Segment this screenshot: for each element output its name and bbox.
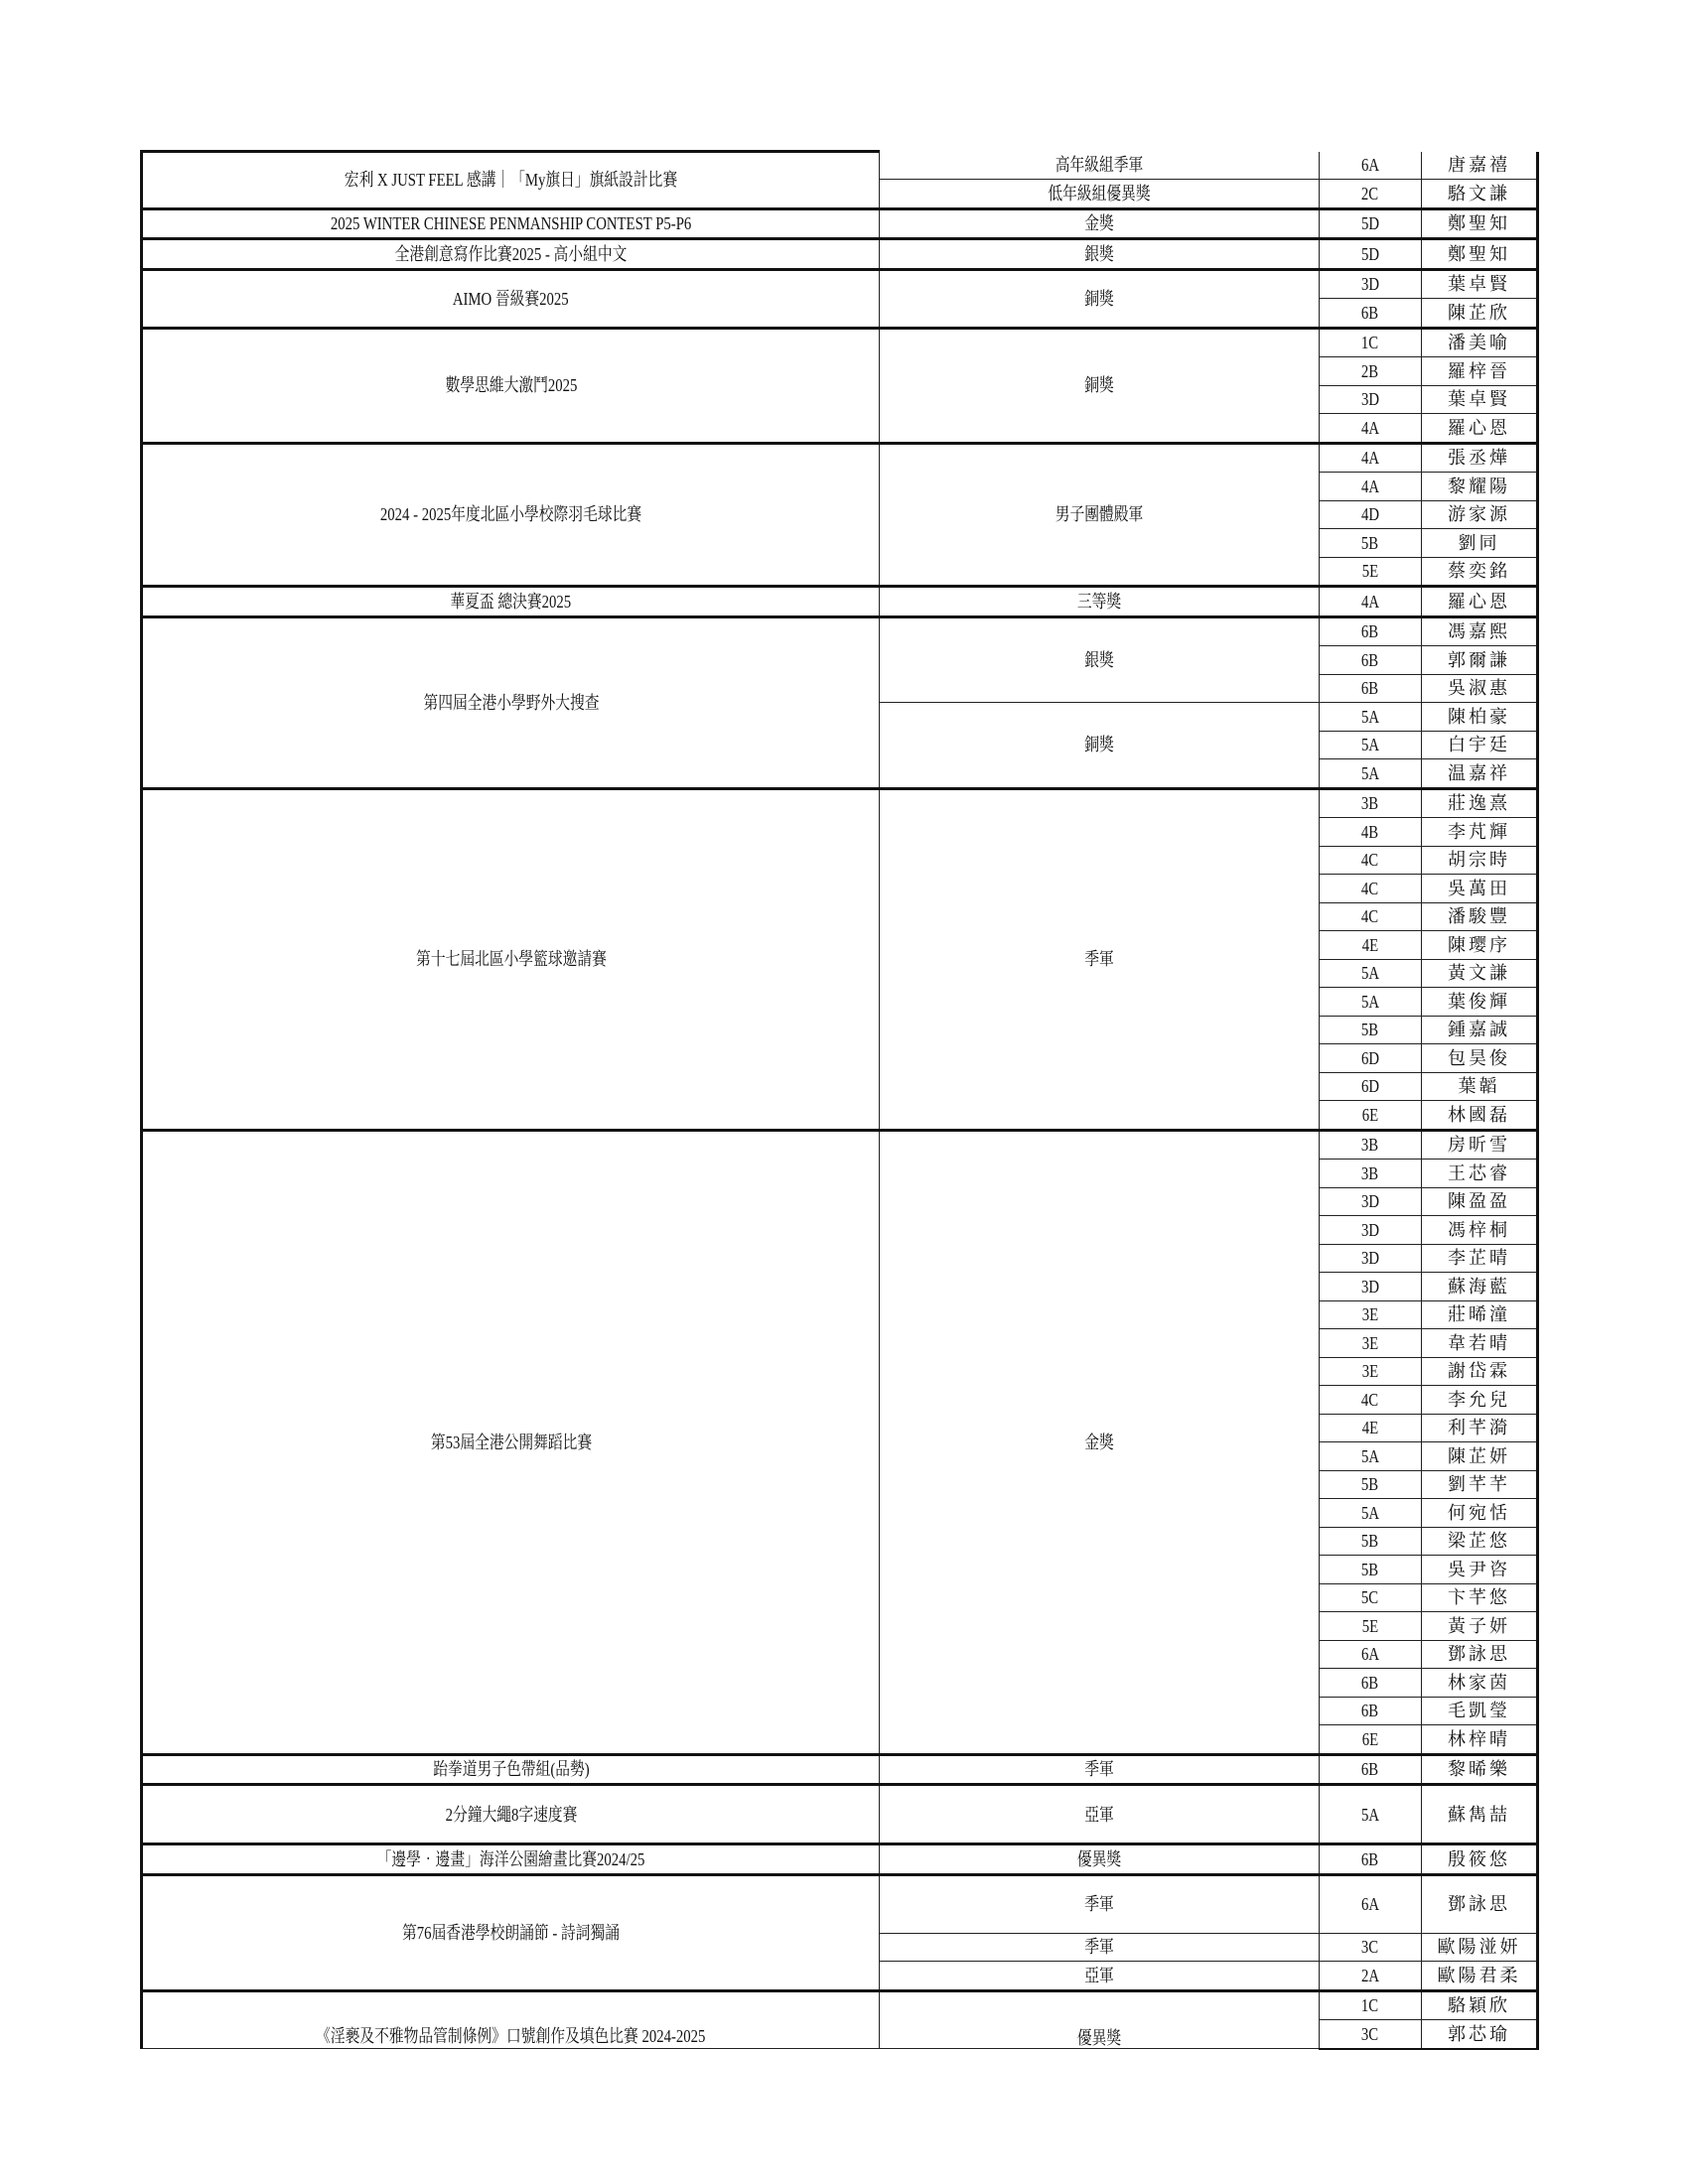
student-class: 5A — [1320, 1785, 1422, 1844]
student-name: 李芷晴 — [1422, 1244, 1538, 1273]
student-name: 張丞燁 — [1422, 443, 1538, 473]
student-class: 5A — [1320, 988, 1422, 1017]
competition-name: 2025 WINTER CHINESE PENMANSHIP CONTEST P… — [331, 213, 691, 233]
student-class-text: 6A — [1361, 1894, 1379, 1914]
student-class: 3E — [1320, 1329, 1422, 1358]
student-class: 6B — [1320, 616, 1422, 646]
student-name: 陳璎序 — [1422, 931, 1538, 960]
student-class-text: 5B — [1361, 1531, 1378, 1551]
competition-name: 第十七屆北區小學籃球邀請賽 — [416, 949, 607, 969]
competition-name-cell: AIMO 晉級賽2025 — [142, 269, 880, 328]
student-name: 李芃輝 — [1422, 818, 1538, 847]
student-name: 王芯睿 — [1422, 1160, 1538, 1188]
table-row: 第十七屆北區小學籃球邀請賽季軍3B莊逸熹 — [142, 788, 1538, 818]
student-name: 葉韜 — [1422, 1072, 1538, 1101]
table-row: 第53屆全港公開舞蹈比賽金獎3B房昕雪 — [142, 1130, 1538, 1160]
student-name: 莊晞潼 — [1422, 1300, 1538, 1329]
student-class-text: 5A — [1361, 1805, 1379, 1825]
student-class-text: 2C — [1361, 184, 1378, 204]
student-class: 4C — [1320, 846, 1422, 875]
student-class: 4C — [1320, 875, 1422, 903]
student-class: 2B — [1320, 357, 1422, 386]
student-class: 3E — [1320, 1300, 1422, 1329]
student-class: 1C — [1320, 1990, 1422, 2020]
award-cell: 銅獎 — [880, 328, 1320, 443]
student-name: 潘美喻 — [1422, 328, 1538, 357]
student-class: 5B — [1320, 1470, 1422, 1499]
student-class-text: 5D — [1361, 244, 1379, 264]
student-class-text: 2B — [1361, 361, 1378, 381]
award-label: 金獎 — [1084, 213, 1114, 233]
student-class: 4A — [1320, 587, 1422, 617]
table-row: 2024 - 2025年度北區小學校際羽毛球比賽男子團體殿軍4A張丞燁 — [142, 443, 1538, 473]
student-class: 6D — [1320, 1044, 1422, 1073]
student-name: 林家茵 — [1422, 1669, 1538, 1698]
student-class: 6A — [1320, 1640, 1422, 1669]
student-name: 鄭聖知 — [1422, 239, 1538, 270]
student-class-text: 5B — [1361, 1020, 1378, 1039]
student-name: 馮梓桐 — [1422, 1216, 1538, 1245]
student-class-text: 4C — [1361, 1390, 1378, 1410]
competition-name: 2024 - 2025年度北區小學校際羽毛球比賽 — [380, 504, 641, 524]
award-cell: 銅獎 — [880, 269, 1320, 328]
student-name: 利芊漪 — [1422, 1414, 1538, 1442]
student-class: 3D — [1320, 1244, 1422, 1273]
award-label: 亞軍 — [1084, 1805, 1114, 1825]
award-label: 男子團體殿軍 — [1055, 504, 1144, 524]
award-cell: 銅獎 — [880, 703, 1320, 789]
student-class: 5B — [1320, 529, 1422, 558]
student-class-text: 3D — [1361, 274, 1379, 294]
award-label: 季軍 — [1084, 1759, 1114, 1779]
student-class-text: 4A — [1361, 418, 1379, 438]
competition-name: 2分鐘大繩8字速度賽 — [445, 1805, 577, 1825]
student-class: 4E — [1320, 931, 1422, 960]
student-class: 5D — [1320, 208, 1422, 239]
student-name: 陳芷欣 — [1422, 299, 1538, 329]
award-cell: 銀獎 — [880, 616, 1320, 703]
student-name: 林國磊 — [1422, 1101, 1538, 1131]
student-class: 6B — [1320, 299, 1422, 329]
table-row: 宏利 X JUST FEEL 感講｜「My旗日」旗紙設計比賽高年級組季軍6A唐嘉… — [142, 152, 1538, 180]
student-class-text: 6B — [1361, 1759, 1378, 1779]
table-row: 數學思維大激鬥2025銅獎1C潘美喻 — [142, 328, 1538, 357]
student-class-text: 5B — [1361, 533, 1378, 553]
student-name: 胡宗時 — [1422, 846, 1538, 875]
student-class: 3C — [1320, 2020, 1422, 2049]
student-class-text: 4E — [1362, 1418, 1378, 1437]
award-cell: 金獎 — [880, 208, 1320, 239]
student-class: 5B — [1320, 1016, 1422, 1044]
award-label: 季軍 — [1084, 949, 1114, 969]
student-class: 4A — [1320, 443, 1422, 473]
student-name: 鄧詠思 — [1422, 1640, 1538, 1669]
award-label: 優異獎 — [1077, 1849, 1121, 1869]
table-row: AIMO 晉級賽2025銅獎3D葉卓賢 — [142, 269, 1538, 299]
table-row: 2分鐘大繩8字速度賽亞軍5A蘇雋喆 — [142, 1785, 1538, 1844]
competition-name-cell: 第76屆香港學校朗誦節 - 詩詞獨誦 — [142, 1874, 880, 1990]
award-label: 銀獎 — [1084, 650, 1114, 670]
award-cell: 優異獎 — [880, 1844, 1320, 1875]
competition-name-cell: 2025 WINTER CHINESE PENMANSHIP CONTEST P… — [142, 208, 880, 239]
student-name: 李允兒 — [1422, 1386, 1538, 1415]
student-class-text: 3C — [1361, 2024, 1378, 2044]
student-class-text: 5B — [1361, 1474, 1378, 1494]
table-row: 華夏盃 總決賽2025三等獎4A羅心恩 — [142, 587, 1538, 617]
student-class: 6B — [1320, 1697, 1422, 1725]
student-class-text: 4D — [1361, 504, 1379, 524]
student-name: 歐陽湴妍 — [1422, 1933, 1538, 1962]
award-cell: 銀獎 — [880, 239, 1320, 270]
award-label: 銅獎 — [1084, 375, 1114, 395]
competition-name: 《淫褻及不雅物品管制條例》口號創作及填色比賽 2024-2025 — [316, 2026, 705, 2048]
student-class-text: 5A — [1361, 1446, 1379, 1466]
student-class-text: 6A — [1361, 155, 1379, 175]
student-class-text: 3E — [1362, 1361, 1378, 1381]
student-class-text: 5A — [1361, 707, 1379, 727]
student-name: 黃文謙 — [1422, 959, 1538, 988]
student-name: 唐嘉禧 — [1422, 152, 1538, 180]
student-name: 房昕雪 — [1422, 1130, 1538, 1160]
award-cell: 季軍 — [880, 1933, 1320, 1962]
student-class: 4A — [1320, 473, 1422, 501]
student-class: 5A — [1320, 1442, 1422, 1471]
award-cell: 季軍 — [880, 1874, 1320, 1933]
table-row: 「邊學‧邊畫」海洋公園繪畫比賽2024/25優異獎6B殷筱悠 — [142, 1844, 1538, 1875]
student-name: 鍾嘉誠 — [1422, 1016, 1538, 1044]
student-name: 蔡奕銘 — [1422, 557, 1538, 587]
competition-name: 數學思維大激鬥2025 — [445, 375, 577, 395]
student-class-text: 3D — [1361, 389, 1379, 409]
student-class: 4C — [1320, 902, 1422, 931]
student-class-text: 4E — [1362, 935, 1378, 955]
student-name: 羅心恩 — [1422, 587, 1538, 617]
student-class: 3D — [1320, 1273, 1422, 1301]
student-name: 駱穎欣 — [1422, 1990, 1538, 2020]
student-class-text: 4B — [1361, 822, 1378, 842]
student-class-text: 6E — [1362, 1729, 1378, 1749]
student-class-text: 4C — [1361, 879, 1378, 898]
award-cell: 金獎 — [880, 1130, 1320, 1754]
student-class: 5C — [1320, 1583, 1422, 1612]
student-name: 劉同 — [1422, 529, 1538, 558]
student-class: 5A — [1320, 959, 1422, 988]
student-class: 6B — [1320, 646, 1422, 675]
student-class-text: 5A — [1361, 735, 1379, 754]
student-name: 白宇廷 — [1422, 731, 1538, 759]
student-name: 駱文謙 — [1422, 180, 1538, 209]
student-class-text: 5E — [1362, 1616, 1378, 1636]
student-class: 3D — [1320, 1187, 1422, 1216]
student-class: 5E — [1320, 1612, 1422, 1641]
award-label: 優異獎 — [1077, 2028, 1121, 2048]
student-class-text: 4C — [1361, 850, 1378, 870]
student-class: 4B — [1320, 818, 1422, 847]
award-cell: 季軍 — [880, 1754, 1320, 1785]
table-row: 全港創意寫作比賽2025 - 高小組中文銀獎5D鄭聖知 — [142, 239, 1538, 270]
student-class-text: 6B — [1361, 1849, 1378, 1869]
competition-name-cell: 2024 - 2025年度北區小學校際羽毛球比賽 — [142, 443, 880, 587]
student-class-text: 5D — [1361, 213, 1379, 233]
competition-name-cell: 2分鐘大繩8字速度賽 — [142, 1785, 880, 1844]
student-class: 3B — [1320, 1130, 1422, 1160]
competition-name-cell: 宏利 X JUST FEEL 感講｜「My旗日」旗紙設計比賽 — [142, 152, 880, 209]
student-class: 2C — [1320, 180, 1422, 209]
student-name: 毛凱瑩 — [1422, 1697, 1538, 1725]
student-name: 鄭聖知 — [1422, 208, 1538, 239]
student-name: 梁芷悠 — [1422, 1527, 1538, 1556]
student-name: 葉俊輝 — [1422, 988, 1538, 1017]
competition-name: 第53屆全港公開舞蹈比賽 — [430, 1433, 591, 1452]
student-class: 5E — [1320, 557, 1422, 587]
student-class-text: 4C — [1361, 906, 1378, 926]
student-name: 葉卓賢 — [1422, 269, 1538, 299]
award-label: 銅獎 — [1084, 289, 1114, 309]
student-class-text: 5B — [1361, 1560, 1378, 1579]
student-class-text: 6B — [1361, 303, 1378, 323]
student-class-text: 4A — [1361, 477, 1379, 496]
student-name: 黃子妍 — [1422, 1612, 1538, 1641]
student-class: 5A — [1320, 703, 1422, 732]
student-class: 1C — [1320, 328, 1422, 357]
student-class: 3D — [1320, 1216, 1422, 1245]
student-name: 包昊俊 — [1422, 1044, 1538, 1073]
student-class-text: 5A — [1361, 763, 1379, 783]
student-class: 4A — [1320, 414, 1422, 444]
table-row: 2025 WINTER CHINESE PENMANSHIP CONTEST P… — [142, 208, 1538, 239]
competition-name: 跆拳道男子色帶組(品勢) — [433, 1759, 589, 1779]
award-cell: 男子團體殿軍 — [880, 443, 1320, 587]
student-name: 陳盈盈 — [1422, 1187, 1538, 1216]
student-class-text: 6B — [1361, 1673, 1378, 1693]
student-class: 4C — [1320, 1386, 1422, 1415]
student-class-text: 3B — [1361, 793, 1378, 813]
student-class: 6A — [1320, 152, 1422, 180]
award-label: 三等獎 — [1077, 592, 1121, 612]
student-name: 吳尹咨 — [1422, 1556, 1538, 1584]
award-cell: 優異獎 — [880, 1990, 1320, 2049]
competition-name-cell: 跆拳道男子色帶組(品勢) — [142, 1754, 880, 1785]
student-name: 羅梓晉 — [1422, 357, 1538, 386]
student-class-text: 3B — [1361, 1135, 1378, 1155]
student-name: 葉卓賢 — [1422, 385, 1538, 414]
student-class: 6B — [1320, 1669, 1422, 1698]
student-class-text: 3D — [1361, 1277, 1379, 1297]
award-cell: 亞軍 — [880, 1785, 1320, 1844]
student-name: 歐陽君柔 — [1422, 1962, 1538, 1991]
competition-name: 第四屆全港小學野外大搜查 — [423, 693, 599, 713]
student-class: 4D — [1320, 500, 1422, 529]
student-class: 5A — [1320, 759, 1422, 789]
student-name: 郭芯瑜 — [1422, 2020, 1538, 2049]
award-cell: 高年級組季軍 — [880, 152, 1320, 180]
student-name: 劉芊芊 — [1422, 1470, 1538, 1499]
student-class: 6E — [1320, 1725, 1422, 1755]
competition-name-cell: 《淫褻及不雅物品管制條例》口號創作及填色比賽 2024-2025 — [142, 1990, 880, 2049]
student-class-text: 4A — [1361, 448, 1379, 468]
student-class: 5A — [1320, 1499, 1422, 1528]
student-name: 吳萬田 — [1422, 875, 1538, 903]
student-name: 林梓晴 — [1422, 1725, 1538, 1755]
competition-name: 第76屆香港學校朗誦節 - 詩詞獨誦 — [402, 1923, 620, 1943]
student-class-text: 3B — [1361, 1163, 1378, 1183]
student-name: 陳柏豪 — [1422, 703, 1538, 732]
student-name: 韋若晴 — [1422, 1329, 1538, 1358]
student-class: 3C — [1320, 1933, 1422, 1962]
award-label: 季軍 — [1084, 1894, 1114, 1914]
student-class: 5D — [1320, 239, 1422, 270]
student-name: 温嘉祥 — [1422, 759, 1538, 789]
table-row: 第四屆全港小學野外大搜查銀獎6B馮嘉熙 — [142, 616, 1538, 646]
student-class-text: 3D — [1361, 1248, 1379, 1268]
award-label: 高年級組季軍 — [1055, 155, 1144, 175]
student-class-text: 6B — [1361, 1701, 1378, 1720]
student-class: 3B — [1320, 1160, 1422, 1188]
student-class: 3E — [1320, 1357, 1422, 1386]
competition-name-cell: 全港創意寫作比賽2025 - 高小組中文 — [142, 239, 880, 270]
student-name: 殷筱悠 — [1422, 1844, 1538, 1875]
student-class: 6B — [1320, 674, 1422, 703]
student-name: 謝岱霖 — [1422, 1357, 1538, 1386]
student-class: 5B — [1320, 1556, 1422, 1584]
student-class-text: 6D — [1361, 1076, 1379, 1096]
student-class: 6E — [1320, 1101, 1422, 1131]
awards-table-body: 宏利 X JUST FEEL 感講｜「My旗日」旗紙設計比賽高年級組季軍6A唐嘉… — [142, 152, 1538, 2049]
student-name: 游家源 — [1422, 500, 1538, 529]
table-row: 跆拳道男子色帶組(品勢)季軍6B黎晞樂 — [142, 1754, 1538, 1785]
student-class: 4E — [1320, 1414, 1422, 1442]
student-name: 莊逸熹 — [1422, 788, 1538, 818]
competition-name-cell: 第四屆全港小學野外大搜查 — [142, 616, 880, 788]
student-name: 卞芊悠 — [1422, 1583, 1538, 1612]
student-name: 蘇雋喆 — [1422, 1785, 1538, 1844]
competition-name-cell: 華夏盃 總決賽2025 — [142, 587, 880, 617]
student-class: 3D — [1320, 269, 1422, 299]
table-row: 第76屆香港學校朗誦節 - 詩詞獨誦季軍6A鄧詠思 — [142, 1874, 1538, 1933]
student-class-text: 5A — [1361, 992, 1379, 1012]
awards-table: 宏利 X JUST FEEL 感講｜「My旗日」旗紙設計比賽高年級組季軍6A唐嘉… — [140, 150, 1539, 2050]
student-class: 2A — [1320, 1962, 1422, 1991]
student-class-text: 6B — [1361, 621, 1378, 641]
student-name: 郭爾謙 — [1422, 646, 1538, 675]
student-class-text: 5A — [1361, 1503, 1379, 1523]
student-class-text: 5A — [1361, 963, 1379, 983]
student-name: 羅心恩 — [1422, 414, 1538, 444]
student-class-text: 6A — [1361, 1644, 1379, 1664]
competition-name-cell: 「邊學‧邊畫」海洋公園繪畫比賽2024/25 — [142, 1844, 880, 1875]
student-class: 5B — [1320, 1527, 1422, 1556]
student-class-text: 1C — [1361, 1995, 1378, 2015]
student-class-text: 4A — [1361, 592, 1379, 612]
award-label: 銀獎 — [1084, 244, 1114, 264]
student-name: 蘇海藍 — [1422, 1273, 1538, 1301]
student-class-text: 6E — [1362, 1105, 1378, 1125]
student-class: 6D — [1320, 1072, 1422, 1101]
competition-name: AIMO 晉級賽2025 — [453, 289, 569, 309]
student-name: 潘駿豐 — [1422, 902, 1538, 931]
student-class: 3B — [1320, 788, 1422, 818]
student-name: 黎晞樂 — [1422, 1754, 1538, 1785]
student-class-text: 5C — [1361, 1587, 1378, 1607]
award-label: 金獎 — [1084, 1433, 1114, 1452]
competition-name: 「邊學‧邊畫」海洋公園繪畫比賽2024/25 — [377, 1849, 645, 1869]
student-class-text: 3E — [1362, 1304, 1378, 1324]
competition-name-cell: 數學思維大激鬥2025 — [142, 328, 880, 443]
student-class: 6B — [1320, 1754, 1422, 1785]
student-name: 吳淑惠 — [1422, 674, 1538, 703]
competition-name-cell: 第十七屆北區小學籃球邀請賽 — [142, 788, 880, 1130]
student-class: 3D — [1320, 385, 1422, 414]
award-label: 低年級組優異獎 — [1048, 184, 1150, 204]
student-name: 黎耀陽 — [1422, 473, 1538, 501]
student-class: 5A — [1320, 731, 1422, 759]
competition-name: 華夏盃 總決賽2025 — [451, 592, 572, 612]
student-name: 鄧詠思 — [1422, 1874, 1538, 1933]
student-class-text: 5E — [1362, 561, 1378, 581]
student-class-text: 3D — [1361, 1191, 1379, 1211]
award-label: 銅獎 — [1084, 735, 1114, 754]
student-class-text: 3C — [1361, 1937, 1378, 1957]
award-label: 季軍 — [1084, 1937, 1114, 1957]
student-name: 馮嘉熙 — [1422, 616, 1538, 646]
award-label: 亞軍 — [1084, 1966, 1114, 1985]
award-cell: 亞軍 — [880, 1962, 1320, 1991]
student-class-text: 1C — [1361, 333, 1378, 352]
student-class-text: 2A — [1361, 1966, 1379, 1985]
competition-name-cell: 第53屆全港公開舞蹈比賽 — [142, 1130, 880, 1754]
student-name: 陳芷妍 — [1422, 1442, 1538, 1471]
student-class-text: 3D — [1361, 1220, 1379, 1240]
student-class-text: 6B — [1361, 650, 1378, 670]
competition-name: 全港創意寫作比賽2025 - 高小組中文 — [395, 244, 628, 264]
competition-name: 宏利 X JUST FEEL 感講｜「My旗日」旗紙設計比賽 — [345, 170, 677, 190]
student-class-text: 3E — [1362, 1333, 1378, 1353]
award-cell: 低年級組優異獎 — [880, 180, 1320, 209]
student-class: 6A — [1320, 1874, 1422, 1933]
student-name: 何宛恬 — [1422, 1499, 1538, 1528]
award-cell: 三等獎 — [880, 587, 1320, 617]
student-class-text: 6B — [1361, 678, 1378, 698]
student-class: 6B — [1320, 1844, 1422, 1875]
award-cell: 季軍 — [880, 788, 1320, 1130]
student-class-text: 6D — [1361, 1048, 1379, 1068]
table-row: 《淫褻及不雅物品管制條例》口號創作及填色比賽 2024-2025優異獎1C駱穎欣 — [142, 1990, 1538, 2020]
